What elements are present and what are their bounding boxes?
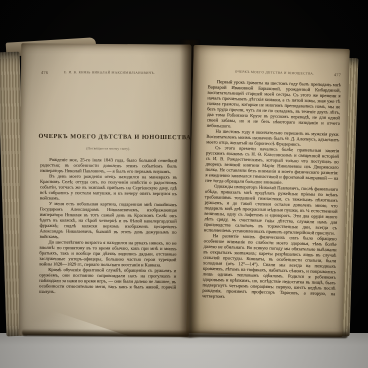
left-page-number: 476 <box>41 70 48 75</box>
body-paragraph: Съ этого времени начались болѣе правильн… <box>205 145 339 187</box>
body-paragraph: До шестилѣтняго возраста я находился на … <box>39 240 176 269</box>
body-paragraph: На развитіе моихъ физическихъ силъ было … <box>202 233 337 302</box>
chapter-title: ОЧЕРКЪ МОЕГО ДѢТСТВА И ЮНОШЕСТВА. <box>38 132 178 141</box>
body-paragraph: Кромѣ обученія фронтовой службѣ, обращен… <box>39 267 176 296</box>
body-paragraph: Въ день моего рожденія отецъ находился н… <box>40 174 177 203</box>
right-running-head: ОЧЕРКЪ МОЕГО ДѢТСТВА И ЮНОШЕСТВА. <box>235 70 315 76</box>
left-page: 476 Е. И. В. КНЯЗЬ НИКОЛАЙ МАКСИМИЛІАНОВ… <box>19 43 192 336</box>
dedication-line: (Посвящается моему сыну). <box>38 146 178 151</box>
left-running-head: Е. И. В. КНЯЗЬ НИКОЛАЙ МАКСИМИЛІАНОВИЧЪ. <box>64 71 155 75</box>
body-paragraph: У меня есть небольшая картина, подаренна… <box>40 201 177 241</box>
right-page: ОЧЕРКЪ МОЕГО ДѢТСТВА И ЮНОШЕСТВА. 477 Пе… <box>186 45 349 337</box>
left-page-header: 476 Е. И. В. КНЯЗЬ НИКОЛАЙ МАКСИМИЛІАНОВ… <box>41 70 178 75</box>
right-page-body: Первый урокъ грамоты на шестомъ году был… <box>202 79 341 302</box>
right-page-header: ОЧЕРКЪ МОЕГО ДѢТСТВА И ЮНОШЕСТВА. 477 <box>208 69 341 76</box>
body-paragraph: Однажды императоръ Николай Павловичъ, по… <box>204 184 338 237</box>
body-paragraph: Первый урокъ грамоты на шестомъ году был… <box>207 79 341 132</box>
body-paragraph: Рожденіе мое, 25-го іюля 1843 года, было… <box>40 157 177 175</box>
table-surface <box>0 333 368 368</box>
left-page-body: Рожденіе мое, 25-го іюля 1843 года, было… <box>39 157 177 296</box>
photo-of-open-book: 476 Е. И. В. КНЯЗЬ НИКОЛАЙ МАКСИМИЛІАНОВ… <box>0 0 368 368</box>
right-page-number: 477 <box>334 72 341 77</box>
